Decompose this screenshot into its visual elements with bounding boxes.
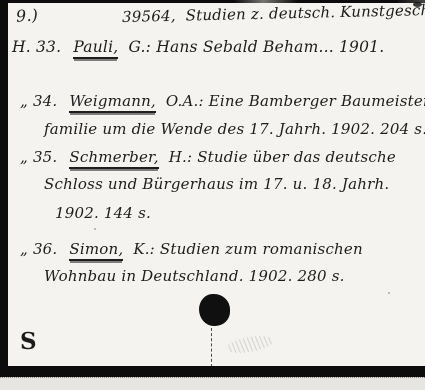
entry-heft-34-continuation: familie um die Wende des 17. Jahrh. 1902… — [44, 119, 425, 139]
guide-line — [211, 328, 212, 367]
entry-text: H.: Studie über das deutsche — [169, 148, 396, 166]
author-name: Weigmann, — [69, 92, 156, 113]
entry-text: O.A.: Eine Bamberger Baumeister- — [166, 92, 425, 110]
scan-speck — [398, 14, 401, 16]
header-line: 39564, Studien z. deutsch. Kunstgesch. — [122, 0, 425, 27]
author-name: Simon, — [69, 240, 123, 261]
scan-speck — [388, 292, 390, 294]
corner-mark: 9.) — [15, 5, 38, 26]
scan-background-strip — [0, 377, 425, 390]
entry-number: „ 35. — [20, 147, 57, 167]
entry-number: „ 34. — [20, 91, 57, 111]
entry-heft-36-continuation: Wohnbau in Deutschland. 1902. 280 s. — [44, 266, 345, 286]
section-letter: S — [20, 328, 37, 355]
scan-border-top — [0, 0, 425, 3]
pencil-smudge — [225, 333, 275, 356]
entry-text: K.: Studien zum romanischen — [133, 240, 363, 258]
scan-border-bottom — [0, 366, 425, 377]
accession-number: 39564, — [122, 7, 176, 26]
scan-border-left — [0, 0, 8, 372]
entry-number: H. 33. — [12, 37, 61, 57]
entry-heft-35-pagination: 1902. 144 s. — [55, 203, 151, 223]
entry-heft-33: H. 33. Pauli, G.: Hans Sebald Beham... 1… — [12, 37, 384, 57]
author-name: Pauli, — [73, 38, 118, 59]
entry-heft-36: „ 36. Simon, K.: Studien zum romanischen — [20, 239, 363, 259]
entry-heft-35: „ 35. Schmerber, H.: Studie über das deu… — [20, 147, 396, 167]
author-name: Schmerber, — [69, 148, 158, 169]
entry-heft-35-continuation: Schloss und Bürgerhaus im 17. u. 18. Jah… — [44, 174, 389, 194]
series-title: Studien z. deutsch. Kunstgesch. — [185, 1, 425, 25]
entry-text: G.: Hans Sebald Beham... 1901. — [129, 38, 385, 56]
entry-heft-34: „ 34. Weigmann, O.A.: Eine Bamberger Bau… — [20, 91, 425, 111]
catalog-card-scan: 9.) 39564, Studien z. deutsch. Kunstgesc… — [0, 0, 425, 390]
catalog-card: 9.) 39564, Studien z. deutsch. Kunstgesc… — [0, 0, 425, 377]
entry-number: „ 36. — [20, 239, 57, 259]
scan-speck — [94, 228, 96, 230]
punch-hole — [199, 294, 230, 326]
